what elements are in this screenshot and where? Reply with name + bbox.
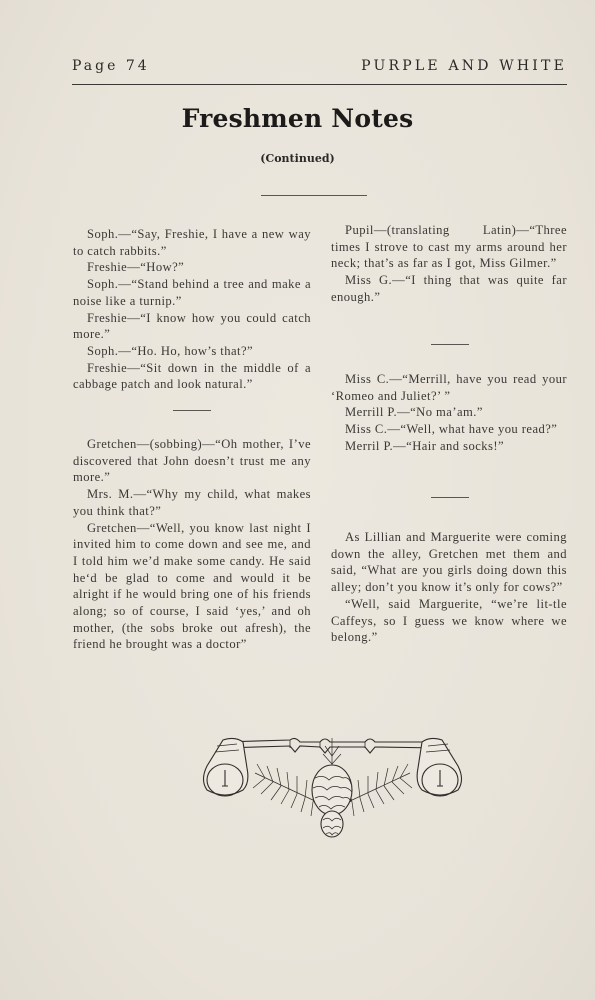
left-column-block-2: Gretchen—(sobbing)—“Oh mother, I’ve disc… [73,436,311,653]
paragraph: “Well, said Marguerite, “we’re lit-tle C… [331,596,567,646]
publication-title: PURPLE AND WHITE [361,58,567,74]
paragraph: As Lillian and Marguerite were coming do… [331,529,567,596]
right-column-block-3: As Lillian and Marguerite were coming do… [331,529,567,646]
title-divider [261,195,367,196]
bells-and-pinecone-icon [195,728,470,843]
paragraph: Pupil—(translating Latin)—“Three times I… [331,222,567,272]
left-column-block-1: Soph.—“Say, Freshie, I have a new way to… [73,226,311,393]
paragraph: Gretchen—“Well, you know last night I in… [73,520,311,654]
section-divider [173,410,211,411]
paragraph: Miss G.—“I thing that was quite far enou… [331,272,567,305]
paragraph: Freshie—“Sit down in the middle of a cab… [73,360,311,393]
paragraph: Gretchen—(sobbing)—“Oh mother, I’ve disc… [73,436,311,486]
paragraph: Mrs. M.—“Why my child, what makes you th… [73,486,311,519]
section-divider [431,344,469,345]
page-header: Page 74 PURPLE AND WHITE [72,58,567,85]
paragraph: Soph.—“Stand behind a tree and make a no… [73,276,311,309]
page-number: Page 74 [72,58,150,74]
paragraph: Soph.—“Say, Freshie, I have a new way to… [73,226,311,259]
paragraph: Freshie—“How?” [73,259,311,276]
right-column-block-1: Pupil—(translating Latin)—“Three times I… [331,222,567,306]
article-title: Freshmen Notes [0,104,595,133]
paragraph: Merrill P.—“No ma’am.” [331,404,567,421]
paragraph: Soph.—“Ho. Ho, how’s that?” [73,343,311,360]
paragraph: Miss C.—“Well, what have you read?” [331,421,567,438]
paragraph: Merril P.—“Hair and socks!” [331,438,567,455]
paragraph: Freshie—“I know how you could catch more… [73,310,311,343]
article-subtitle: (Continued) [0,152,595,165]
right-column-block-2: Miss C.—“Merrill, have you read your ‘Ro… [331,371,567,455]
paragraph: Miss C.—“Merrill, have you read your ‘Ro… [331,371,567,404]
section-divider [431,497,469,498]
document-page: Page 74 PURPLE AND WHITE Freshmen Notes … [0,0,595,1000]
